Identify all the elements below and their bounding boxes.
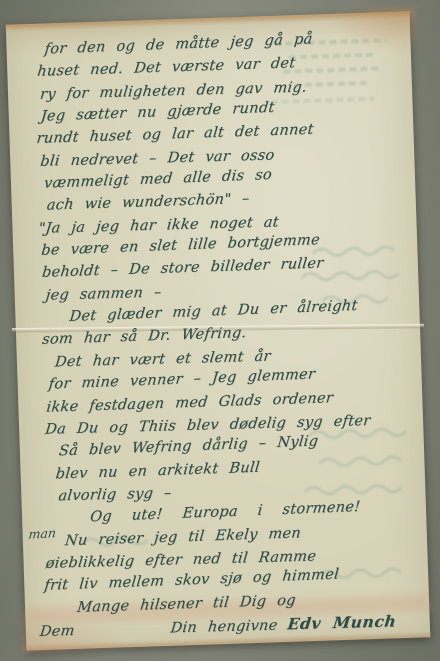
signature: Edv Munch: [286, 610, 397, 635]
signoff-closing: Din hengivne: [169, 614, 279, 639]
margin-note: man: [28, 525, 57, 542]
photo-background: { "letter": { "lines": [ "for den og de …: [0, 0, 440, 661]
signoff-recipient: Dem: [39, 620, 76, 643]
letter-paper: for den og de måtte jeg gå på huset ned.…: [6, 11, 431, 650]
letter-body: for den og de måtte jeg gå på huset ned.…: [32, 27, 416, 643]
scanned-letter-photo: for den og de måtte jeg gå på huset ned.…: [0, 0, 440, 661]
